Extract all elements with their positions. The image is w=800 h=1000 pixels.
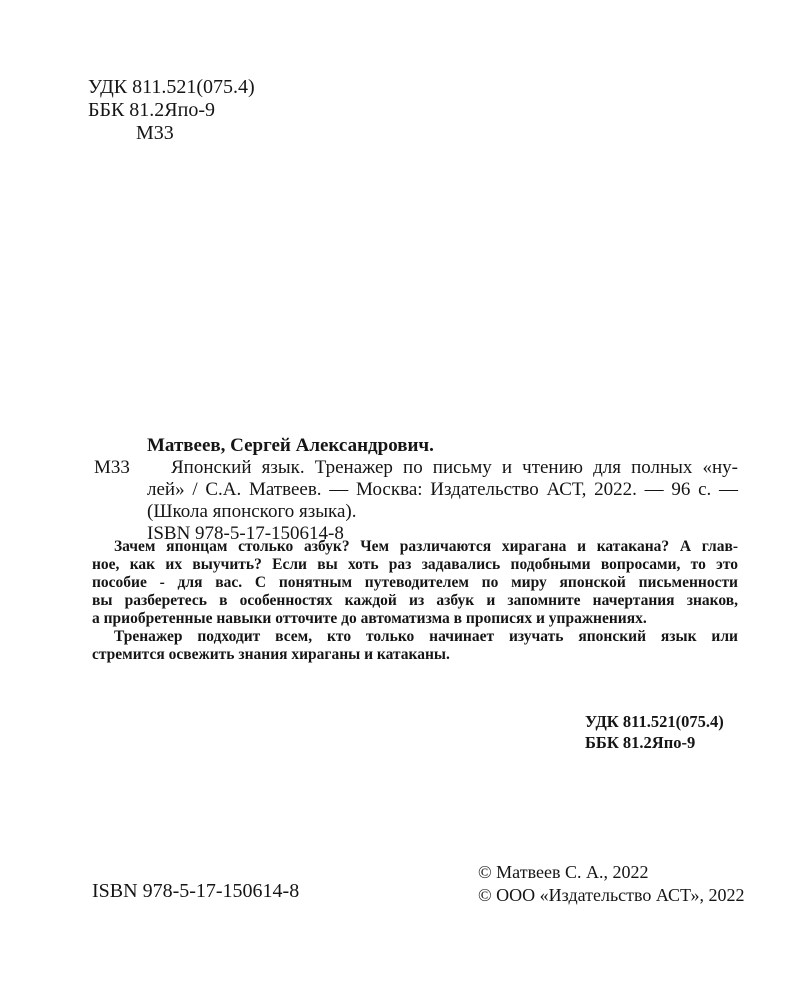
bbk-number: ББК 81.2Япо-9 [88, 99, 255, 122]
udk-number: УДК 811.521(075.4) [88, 76, 255, 99]
classification-right-block: УДК 811.521(075.4) ББК 81.2Япо-9 [585, 711, 724, 753]
annotation-block: Зачем японцам столько азбук? Чем различа… [92, 538, 738, 664]
book-series: (Школа японского языка). [147, 501, 738, 523]
annotation-line: вы разберетесь в особенностях каждой из … [92, 592, 738, 610]
bbk-number: ББК 81.2Япо-9 [585, 732, 724, 753]
copyright-author: © Матвеев С. А., 2022 [478, 861, 745, 884]
annotation-line: Тренажер подходит всем, кто только начин… [92, 628, 738, 646]
classification-top-block: УДК 811.521(075.4) ББК 81.2Япо-9 М33 [88, 76, 255, 145]
imprint-page: УДК 811.521(075.4) ББК 81.2Япо-9 М33 М33… [0, 0, 800, 1000]
annotation-line: Зачем японцам столько азбук? Чем различа… [92, 538, 738, 556]
annotation-line: ное, как их выучить? Если вы хоть раз за… [92, 556, 738, 574]
annotation-line: а приобретенные навыки отточите до автом… [92, 610, 738, 628]
book-author: Матвеев, Сергей Александрович. [147, 435, 738, 457]
author-sign-code: М33 [88, 122, 255, 145]
footer-isbn: ISBN 978-5-17-150614-8 [92, 879, 299, 903]
copyright-block: © Матвеев С. А., 2022 © ООО «Издательств… [478, 861, 745, 907]
book-title-line: Японский язык. Тренажер по письму и чтен… [147, 457, 738, 479]
copyright-publisher: © ООО «Издательство АСТ», 2022 [478, 884, 745, 907]
bibliographic-author-code: М33 [94, 457, 130, 479]
annotation-line: стремится освежить знания хираганы и кат… [92, 646, 738, 664]
bibliographic-entry: Матвеев, Сергей Александрович. Японский … [147, 435, 738, 545]
udk-number: УДК 811.521(075.4) [585, 711, 724, 732]
book-title-line: лей» / С.А. Матвеев. — Москва: Издательс… [147, 479, 738, 501]
annotation-line: пособие - для вас. С понятным путеводите… [92, 574, 738, 592]
